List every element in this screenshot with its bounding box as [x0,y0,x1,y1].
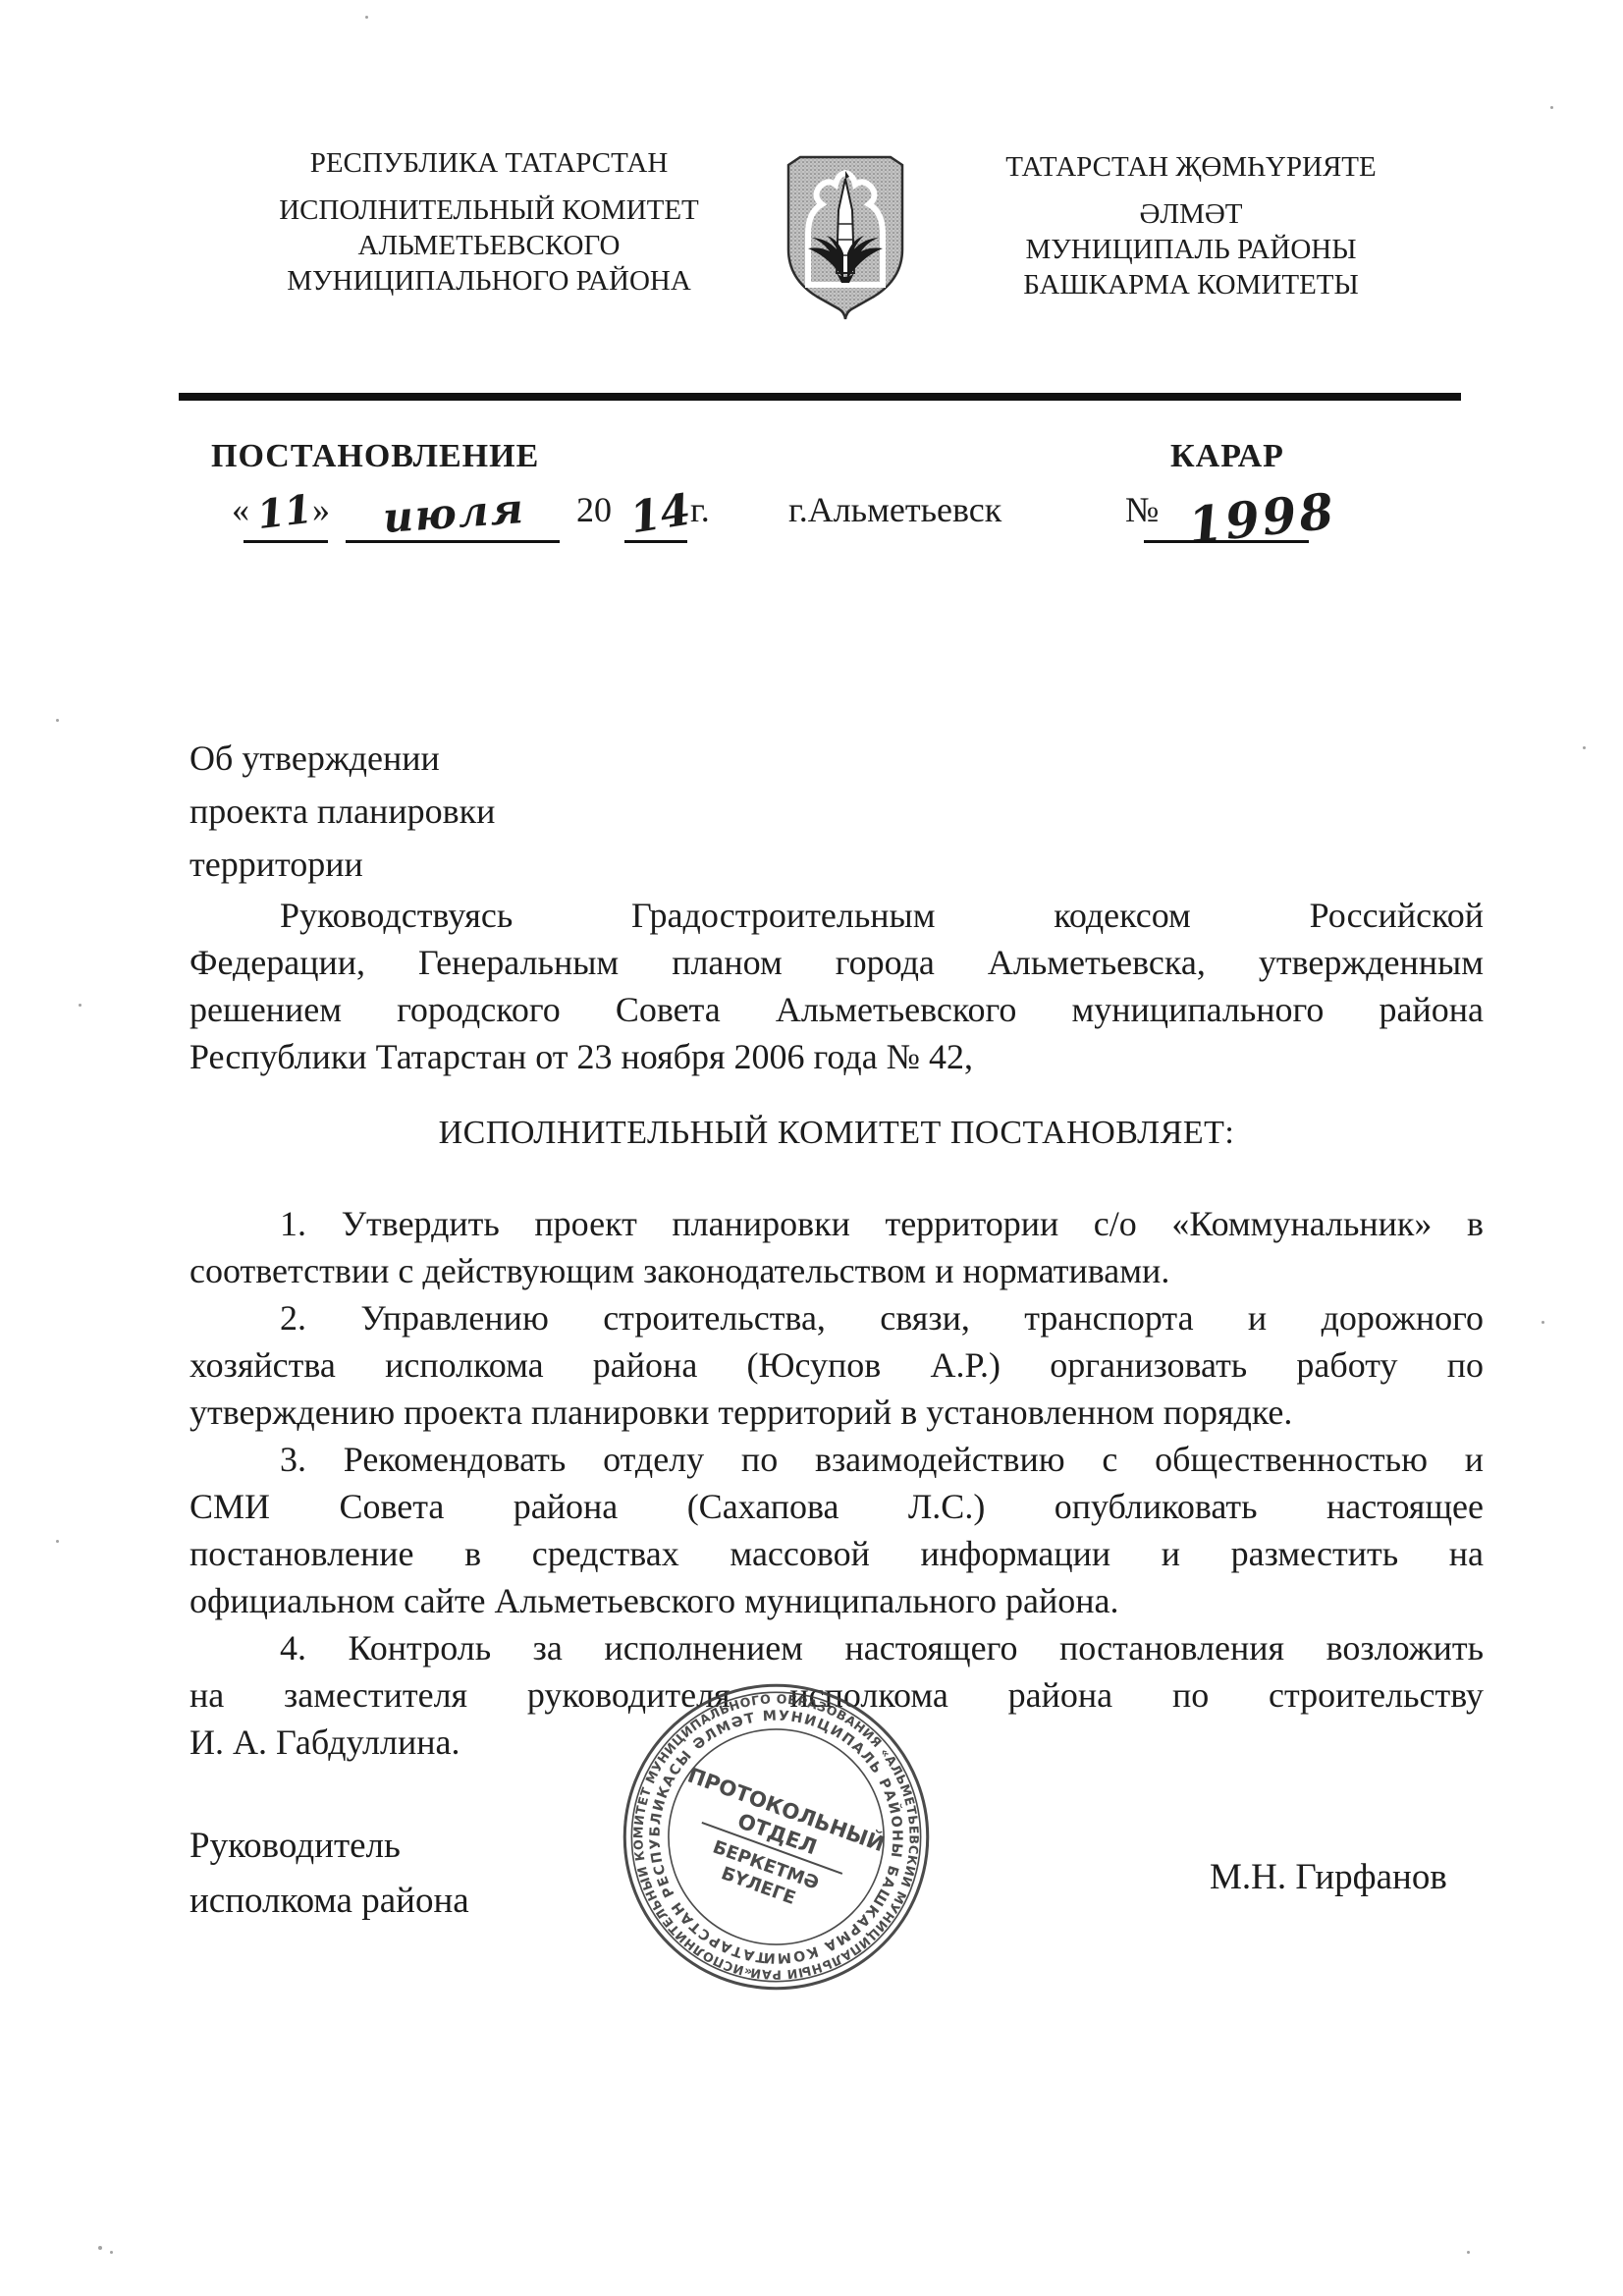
open-quote: « [232,489,249,530]
title-karar: КАРАР [1170,438,1284,475]
item-1-line: 1. Утвердить проект планировки территори… [189,1200,1484,1247]
title-postanovlenie: ПОСТАНОВЛЕНИЕ [211,438,539,475]
handwritten-number: 1998 [1185,481,1339,554]
resolution-heading: ИСПОЛНИТЕЛЬНЫЙ КОМИТЕТ ПОСТАНОВЛЯЕТ: [189,1110,1484,1157]
scan-speck [1583,746,1586,749]
intro-line: Руководствуясь Градостроительным кодексо… [189,892,1484,939]
signature-name: М.Н. Гирфанов [1210,1856,1447,1898]
scan-speck [365,16,368,19]
date-number-row: « 11 » июля 20 14 г. г.Альметьевск № 199… [0,489,1623,577]
handwritten-month: июля [381,484,526,542]
header-divider-rule [179,393,1461,401]
header-tatar-block: ТАТАРСТАН ҖӨМҺҮРИЯТЕ ӘЛМӘТ МУНИЦИПАЛЬ РА… [960,149,1422,302]
scan-speck [79,1004,81,1007]
item-2-line: хозяйства исполкома района (Юсупов А.Р.)… [189,1341,1484,1389]
subject-line: территории [189,838,495,891]
header-line: ТАТАРСТАН ҖӨМҺҮРИЯТЕ [960,149,1422,185]
item-3-line: официальном сайте Альметьевского муницип… [189,1577,1484,1624]
header-line: МУНИЦИПАЛЬ РАЙОНЫ [960,232,1422,267]
header-line: БАШКАРМА КОМИТЕТЫ [960,267,1422,302]
signature-post-line: исполкома района [189,1874,469,1929]
header-line: ӘЛМӘТ [960,196,1422,232]
coat-of-arms-emblem [779,153,912,322]
city-name: г.Альметьевск [788,489,1001,530]
stamp-center-text: ПРОТОКОЛЬНЫЙ ОТДЕЛ БЕРКЕТМӘ БҮЛЕГЕ [657,1763,888,1932]
item-1-line: соответствии с действующим законодательс… [189,1247,1484,1294]
header-russian-block: РЕСПУБЛИКА ТАТАРСТАН ИСПОЛНИТЕЛЬНЫЙ КОМИ… [253,145,725,299]
subject-line: проекта планировки [189,785,495,838]
item-4-line: 4. Контроль за исполнением настоящего по… [189,1624,1484,1671]
signature-post-line: Руководитель [189,1819,469,1874]
scan-speck [56,1540,59,1543]
header-line: ИСПОЛНИТЕЛЬНЫЙ КОМИТЕТ [253,192,725,228]
handwritten-year: 14 [626,485,693,544]
scanned-decree-page: РЕСПУБЛИКА ТАТАРСТАН ИСПОЛНИТЕЛЬНЫЙ КОМИ… [0,0,1623,2296]
intro-line: Республики Татарстан от 23 ноября 2006 г… [189,1033,1484,1080]
number-underline [1144,540,1309,543]
intro-line: решением городского Совета Альметьевског… [189,986,1484,1033]
header-line: МУНИЦИПАЛЬНОГО РАЙОНА [253,263,725,299]
scan-speck [98,2246,102,2250]
decree-body: Руководствуясь Градостроительным кодексо… [189,892,1484,1766]
intro-line: Федерации, Генеральным планом города Аль… [189,939,1484,986]
close-quote: » [312,489,330,530]
number-sign: № [1125,489,1159,530]
handwritten-day: 11 [254,486,314,538]
year-printed: 20 [576,489,612,530]
scan-speck [56,719,59,722]
signature-post-block: Руководитель исполкома района [189,1819,469,1929]
scan-speck [110,2251,113,2254]
header-line: РЕСПУБЛИКА ТАТАРСТАН [253,145,725,181]
item-3-line: СМИ Совета района (Сахапова Л.С.) опубли… [189,1483,1484,1530]
subject-line: Об утверждении [189,732,495,785]
header-line: АЛЬМЕТЬЕВСКОГО [253,228,725,263]
month-underline [346,540,560,543]
item-2-line: 2. Управлению строительства, связи, тран… [189,1294,1484,1341]
scan-speck [1542,1321,1544,1324]
item-2-line: утверждению проекта планировки территори… [189,1389,1484,1436]
subject-block: Об утверждении проекта планировки террит… [189,732,495,891]
scan-speck [1550,106,1553,109]
day-underline [243,540,328,543]
item-3-line: постановление в средствах массовой инфор… [189,1530,1484,1577]
item-3-line: 3. Рекомендовать отделу по взаимодействи… [189,1436,1484,1483]
year-underline [624,540,687,543]
scan-speck [1467,2251,1470,2254]
year-suffix: г. [690,489,710,530]
protocol-department-stamp: «ИСПОЛНИТЕЛЬНЫЙ КОМИТЕТ МУНИЦИПАЛЬНОГО О… [607,1667,946,2006]
